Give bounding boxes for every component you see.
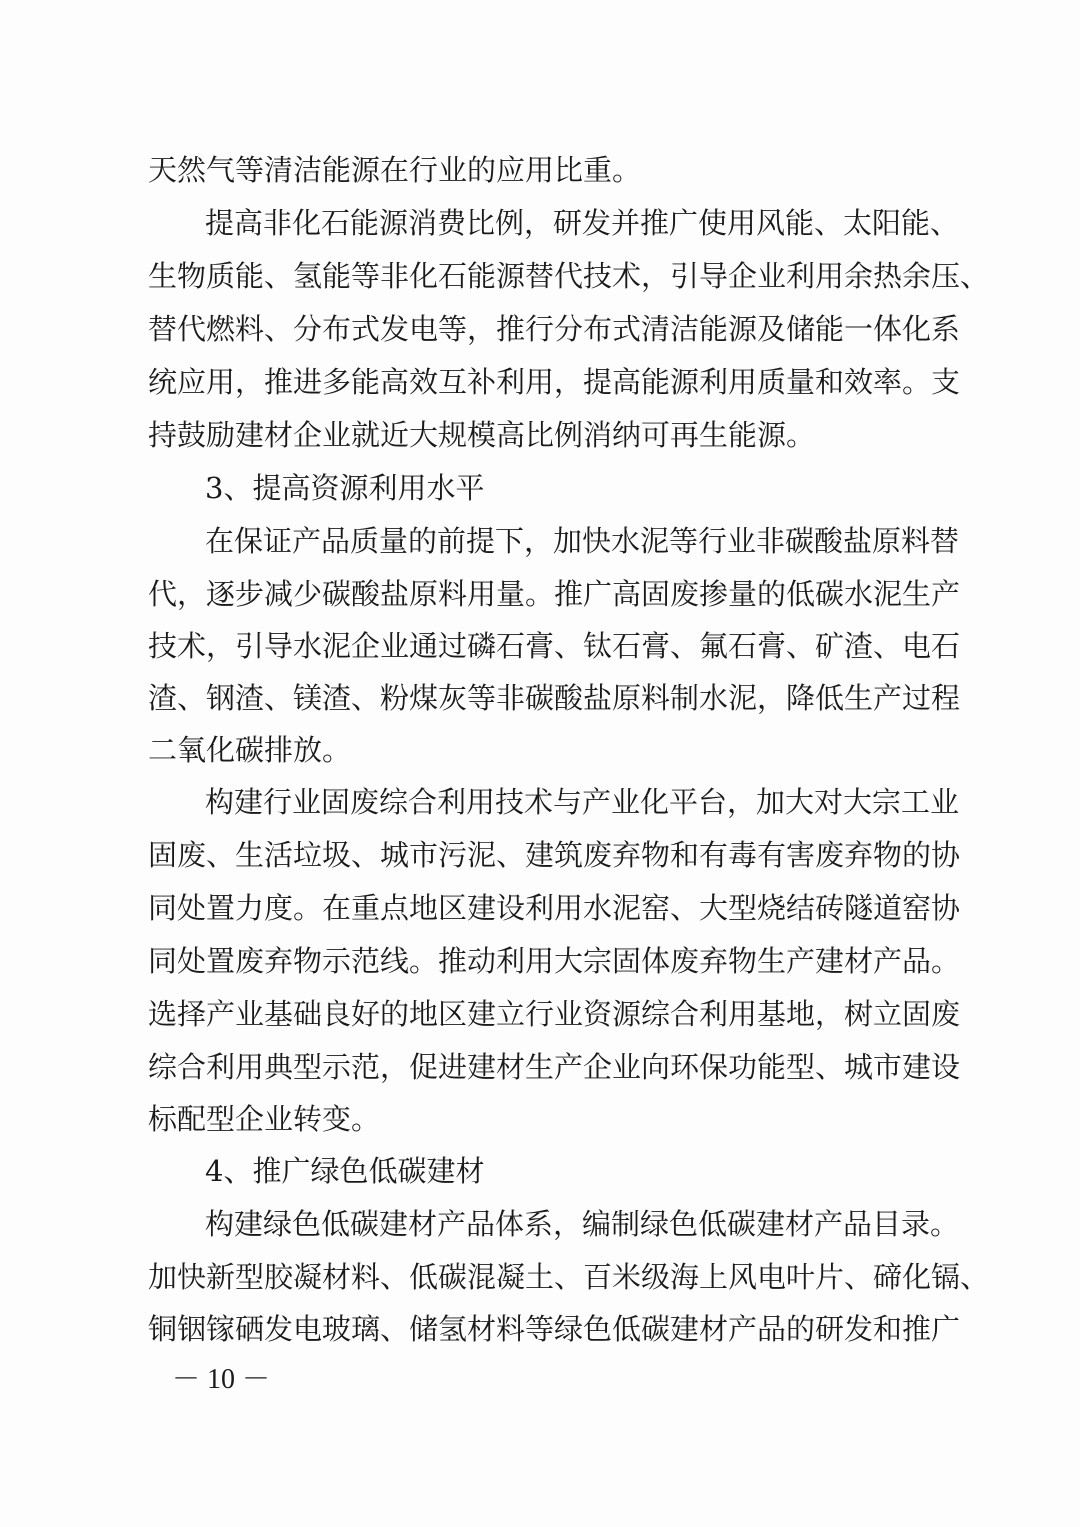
text-line: 构建行业固废综合利用技术与产业化平台，加大对大宗工业: [205, 782, 948, 822]
text-line: 渣、钢渣、镁渣、粉煤灰等非碳酸盐原料制水泥，降低生产过程: [148, 678, 948, 718]
text-line: 选择产业基础良好的地区建立行业资源综合利用基地，树立固废: [148, 994, 948, 1034]
text-line: 持鼓励建材企业就近大规模高比例消纳可再生能源。: [148, 415, 948, 455]
text-line: 替代燃料、分布式发电等，推行分布式清洁能源及储能一体化系: [148, 309, 948, 349]
text-line: 综合利用典型示范，促进建材生产企业向环保功能型、城市建设: [148, 1047, 948, 1087]
text-line: 天然气等清洁能源在行业的应用比重。: [148, 150, 948, 190]
section-heading: 4、推广绿色低碳建材: [205, 1151, 948, 1191]
text-line: 生物质能、氢能等非化石能源替代技术，引导企业利用余热余压、: [148, 256, 948, 296]
text-line: 在保证产品质量的前提下，加快水泥等行业非碳酸盐原料替: [205, 521, 948, 561]
page-number: － 10 －: [172, 1362, 270, 1398]
text-line: 构建绿色低碳建材产品体系，编制绿色低碳建材产品目录。: [205, 1204, 948, 1244]
text-line: 标配型企业转变。: [148, 1099, 948, 1139]
text-line: 代，逐步减少碳酸盐原料用量。推广高固废掺量的低碳水泥生产: [148, 574, 948, 614]
section-heading: 3、提高资源利用水平: [205, 468, 948, 508]
text-line: 同处置力度。在重点地区建设利用水泥窑、大型烧结砖隧道窑协: [148, 888, 948, 928]
text-line: 统应用，推进多能高效互补利用，提高能源利用质量和效率。支: [148, 362, 948, 402]
text-line: 提高非化石能源消费比例，研发并推广使用风能、太阳能、: [205, 203, 948, 243]
text-line: 同处置废弃物示范线。推动利用大宗固体废弃物生产建材产品。: [148, 941, 948, 981]
text-line: 加快新型胶凝材料、低碳混凝土、百米级海上风电叶片、碲化镉、: [148, 1257, 948, 1297]
text-line: 技术，引导水泥企业通过磷石膏、钛石膏、氟石膏、矿渣、电石: [148, 626, 948, 666]
text-line: 二氧化碳排放。: [148, 730, 948, 770]
document-page: 天然气等清洁能源在行业的应用比重。提高非化石能源消费比例，研发并推广使用风能、太…: [0, 0, 1080, 1527]
text-line: 铜铟镓硒发电玻璃、储氢材料等绿色低碳建材产品的研发和推广: [148, 1309, 948, 1349]
text-line: 固废、生活垃圾、城市污泥、建筑废弃物和有毒有害废弃物的协: [148, 835, 948, 875]
